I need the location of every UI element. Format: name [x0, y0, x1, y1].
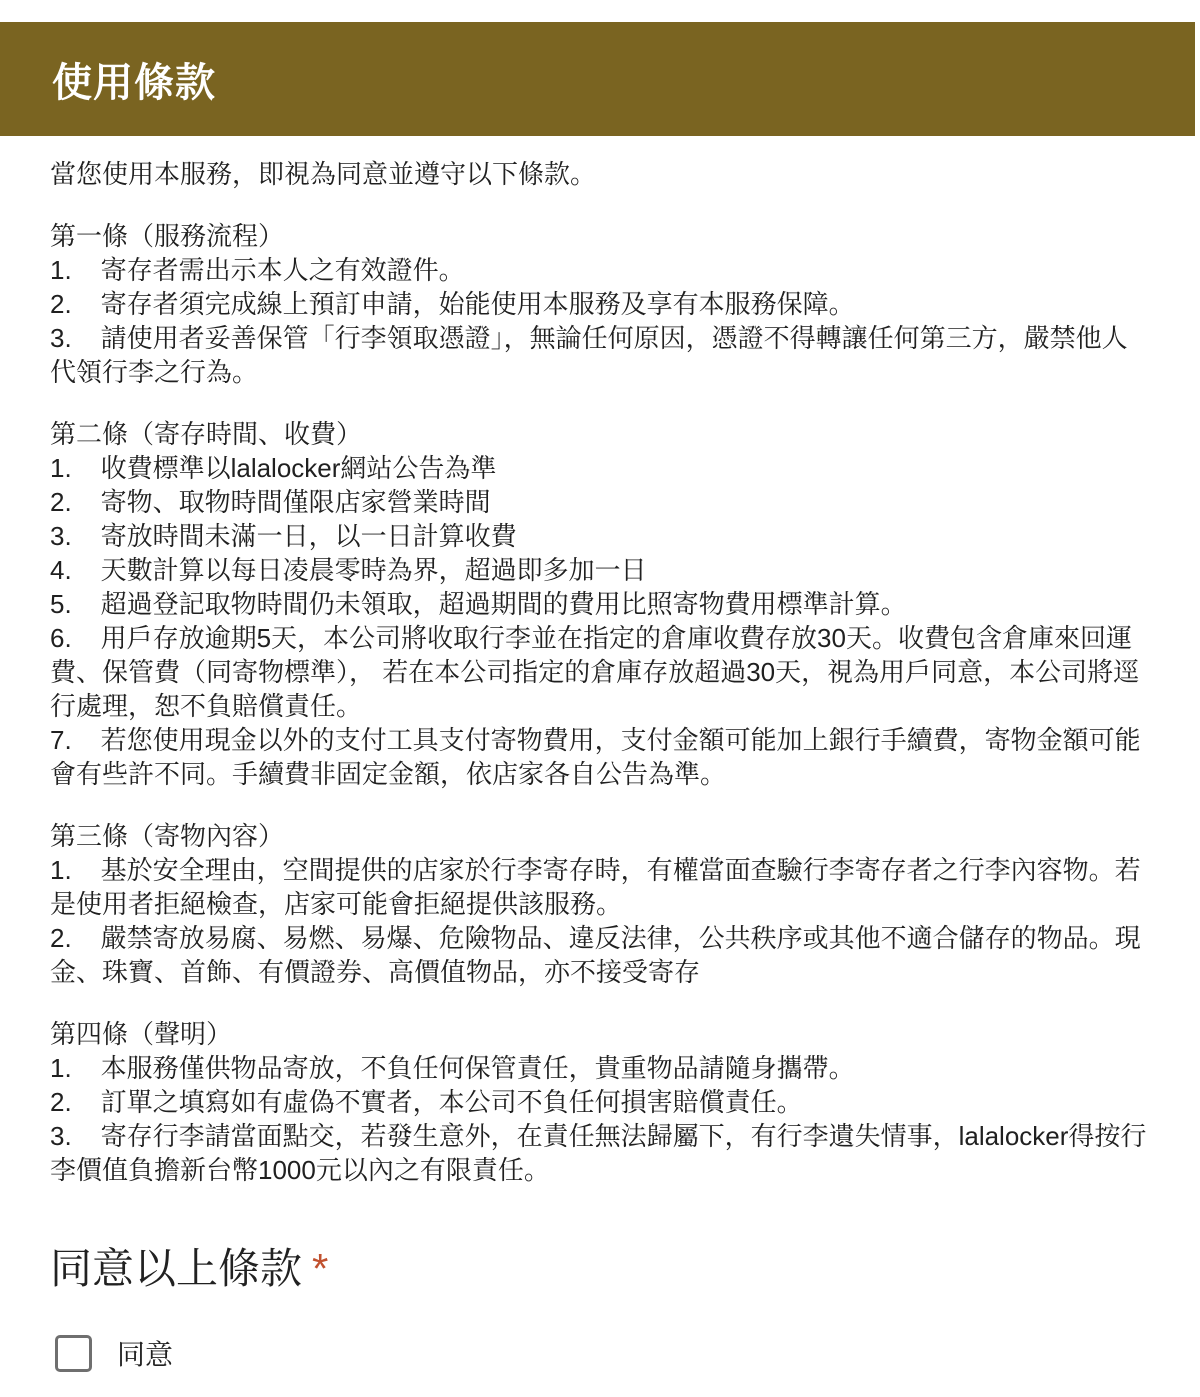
terms-line: 第四條（聲明）	[50, 1017, 1150, 1051]
terms-content: 當您使用本服務，即視為同意並遵守以下條款。 第一條（服務流程）1. 寄存者需出示…	[0, 136, 1200, 1374]
terms-line: 1. 寄存者需出示本人之有效證件。	[50, 253, 1150, 287]
terms-line: 4. 天數計算以每日凌晨零時為界，超過即多加一日	[50, 553, 1150, 587]
terms-section: 第三條（寄物內容）1. 基於安全理由，空間提供的店家於行李寄存時，有權當面查驗行…	[50, 819, 1150, 989]
agree-option-row: 同意	[50, 1332, 1150, 1374]
terms-line: 1. 基於安全理由，空間提供的店家於行李寄存時，有權當面查驗行李寄存者之行李內容…	[50, 853, 1150, 921]
agree-checkbox-label[interactable]: 同意	[117, 1333, 173, 1373]
terms-sections: 第一條（服務流程）1. 寄存者需出示本人之有效證件。2. 寄存者須完成線上預訂申…	[50, 219, 1150, 1187]
terms-line: 2. 寄物、取物時間僅限店家營業時間	[50, 485, 1150, 519]
terms-line: 2. 訂單之填寫如有虛偽不實者，本公司不負任何損害賠償責任。	[50, 1085, 1150, 1119]
terms-line: 2. 嚴禁寄放易腐、易燃、易爆、危險物品、違反法律，公共秩序或其他不適合儲存的物…	[50, 921, 1150, 989]
terms-section: 第一條（服務流程）1. 寄存者需出示本人之有效證件。2. 寄存者須完成線上預訂申…	[50, 219, 1150, 389]
agree-checkbox[interactable]	[55, 1335, 92, 1372]
required-asterisk: *	[312, 1245, 328, 1292]
terms-line: 3. 寄存行李請當面點交，若發生意外，在責任無法歸屬下，有行李遺失情事，lala…	[50, 1119, 1150, 1187]
terms-line: 3. 寄放時間未滿一日，以一日計算收費	[50, 519, 1150, 553]
terms-line: 1. 本服務僅供物品寄放，不負任何保管責任，貴重物品請隨身攜帶。	[50, 1051, 1150, 1085]
terms-line: 1. 收費標準以lalalocker網站公告為準	[50, 451, 1150, 485]
question-title: 同意以上條款	[50, 1245, 302, 1292]
section-header-bar: 使用條款	[0, 22, 1195, 136]
terms-line: 3. 請使用者妥善保管「行李領取憑證」，無論任何原因，憑證不得轉讓任何第三方，嚴…	[50, 321, 1150, 389]
terms-intro: 當您使用本服務，即視為同意並遵守以下條款。	[50, 157, 1150, 191]
terms-line: 2. 寄存者須完成線上預訂申請，始能使用本服務及享有本服務保障。	[50, 287, 1150, 321]
terms-line: 第三條（寄物內容）	[50, 819, 1150, 853]
terms-line: 第一條（服務流程）	[50, 219, 1150, 253]
terms-line: 7. 若您使用現金以外的支付工具支付寄物費用，支付金額可能加上銀行手續費，寄物金…	[50, 723, 1150, 791]
page-title: 使用條款	[52, 51, 216, 108]
terms-line: 6. 用戶存放逾期5天，本公司將收取行李並在指定的倉庫收費存放30天。收費包含倉…	[50, 621, 1150, 723]
agree-question: 同意以上條款* 同意	[50, 1243, 1150, 1374]
terms-line: 5. 超過登記取物時間仍未領取，超過期間的費用比照寄物費用標準計算。	[50, 587, 1150, 621]
terms-section: 第四條（聲明）1. 本服務僅供物品寄放，不負任何保管責任，貴重物品請隨身攜帶。2…	[50, 1017, 1150, 1187]
terms-line: 第二條（寄存時間、收費）	[50, 417, 1150, 451]
terms-section: 第二條（寄存時間、收費）1. 收費標準以lalalocker網站公告為準2. 寄…	[50, 417, 1150, 791]
